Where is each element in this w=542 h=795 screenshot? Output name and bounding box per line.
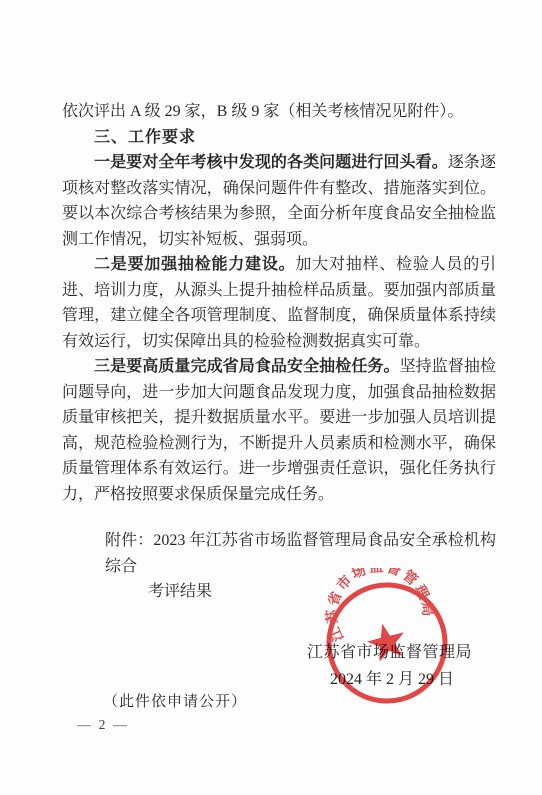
disclosure-note: （此件依申请公开） bbox=[103, 690, 247, 711]
section-heading: 三、工作要求 bbox=[62, 125, 496, 151]
svg-text:江苏省市场监督管理局: 江苏省市场监督管理局 bbox=[312, 568, 438, 646]
document-page: 依次评出 A 级 29 家，B 级 9 家（相关考核情况见附件）。 三、工作要求… bbox=[0, 0, 542, 795]
paragraph-2: 二是要加强抽检能力建设。加大对抽样、检验人员的引进、培训力度，从源头上提升抽检样… bbox=[62, 252, 496, 354]
paragraph-3: 三是要高质量完成省局食品安全抽检任务。坚持监督抽检问题导向，进一步加大问题食品发… bbox=[62, 354, 496, 507]
attachment-label: 附件： bbox=[105, 532, 153, 549]
intro-line: 依次评出 A 级 29 家，B 级 9 家（相关考核情况见附件）。 bbox=[62, 99, 496, 125]
paragraph-2-lead: 二是要加强抽检能力建设。 bbox=[94, 256, 295, 273]
official-seal-stamp: 江苏省市场监督管理局 bbox=[312, 568, 462, 718]
paragraph-3-body: 坚持监督抽检问题导向，进一步加大问题食品发现力度，加强食品抽检数据质量审核把关，… bbox=[62, 358, 496, 503]
paragraph-3-lead: 三是要高质量完成省局食品安全抽检任务。 bbox=[94, 358, 400, 375]
seal-star-icon bbox=[364, 619, 410, 663]
paragraph-1: 一是要对全年考核中发现的各类问题进行回头看。逐条逐项核对整改落实情况，确保问题件… bbox=[62, 150, 496, 252]
seal-text: 江苏省市场监督管理局 bbox=[312, 568, 438, 646]
document-body: 依次评出 A 级 29 家，B 级 9 家（相关考核情况见附件）。 三、工作要求… bbox=[62, 99, 496, 605]
page-number: — 2 — bbox=[77, 718, 129, 734]
paragraph-1-lead: 一是要对全年考核中发现的各类问题进行回头看。 bbox=[94, 154, 448, 171]
